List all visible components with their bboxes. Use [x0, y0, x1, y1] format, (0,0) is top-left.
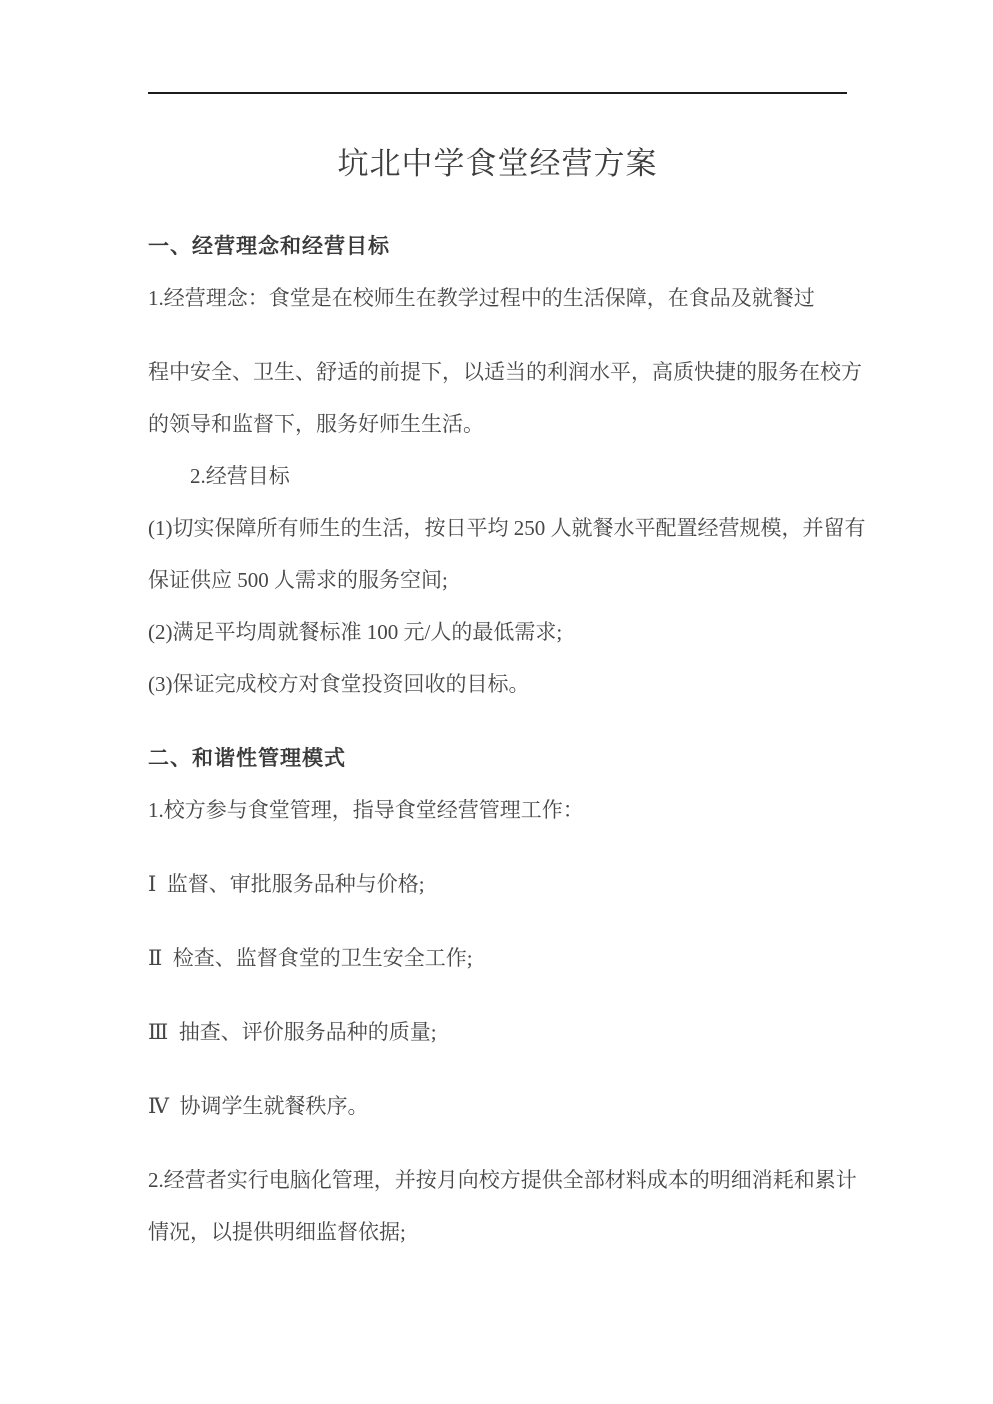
- paragraph-line: 的领导和监督下，服务好师生生活。: [148, 410, 847, 438]
- section-heading: 二、和谐性管理模式: [148, 744, 847, 772]
- paragraph-line: (2)满足平均周就餐标准 100 元/人的最低需求;: [148, 618, 847, 646]
- paragraph-line: 1.经营理念：食堂是在校师生在教学过程中的生活保障，在食品及就餐过: [148, 284, 847, 312]
- paragraph-line: Ⅱ 检查、监督食堂的卫生安全工作;: [148, 944, 847, 972]
- paragraph-line: Ⅰ 监督、审批服务品种与价格;: [148, 870, 847, 898]
- paragraph-line: 2.经营者实行电脑化管理，并按月向校方提供全部材料成本的明细消耗和累计: [148, 1166, 847, 1194]
- paragraph-line: (3)保证完成校方对食堂投资回收的目标。: [148, 670, 847, 698]
- document-title: 坑北中学食堂经营方案: [148, 142, 847, 186]
- paragraph-line: 程中安全、卫生、舒适的前提下，以适当的利润水平，高质快捷的服务在校方: [148, 358, 847, 386]
- paragraph-line: 保证供应 500 人需求的服务空间;: [148, 566, 847, 594]
- document-page: 坑北中学食堂经营方案 一、经营理念和经营目标1.经营理念：食堂是在校师生在教学过…: [0, 0, 993, 1404]
- paragraph-line: 2.经营目标: [148, 462, 847, 490]
- paragraph-line: Ⅲ 抽查、评价服务品种的质量;: [148, 1018, 847, 1046]
- section-heading: 一、经营理念和经营目标: [148, 232, 847, 260]
- document-content: 坑北中学食堂经营方案 一、经营理念和经营目标1.经营理念：食堂是在校师生在教学过…: [148, 0, 847, 1246]
- document-body: 一、经营理念和经营目标1.经营理念：食堂是在校师生在教学过程中的生活保障，在食品…: [148, 232, 847, 1246]
- paragraph-line: 情况，以提供明细监督依据;: [148, 1218, 847, 1246]
- paragraph-line: 1.校方参与食堂管理，指导食堂经营管理工作：: [148, 796, 847, 824]
- paragraph-line: (1)切实保障所有师生的生活，按日平均 250 人就餐水平配置经营规模，并留有: [148, 514, 847, 542]
- paragraph-line: Ⅳ 协调学生就餐秩序。: [148, 1092, 847, 1120]
